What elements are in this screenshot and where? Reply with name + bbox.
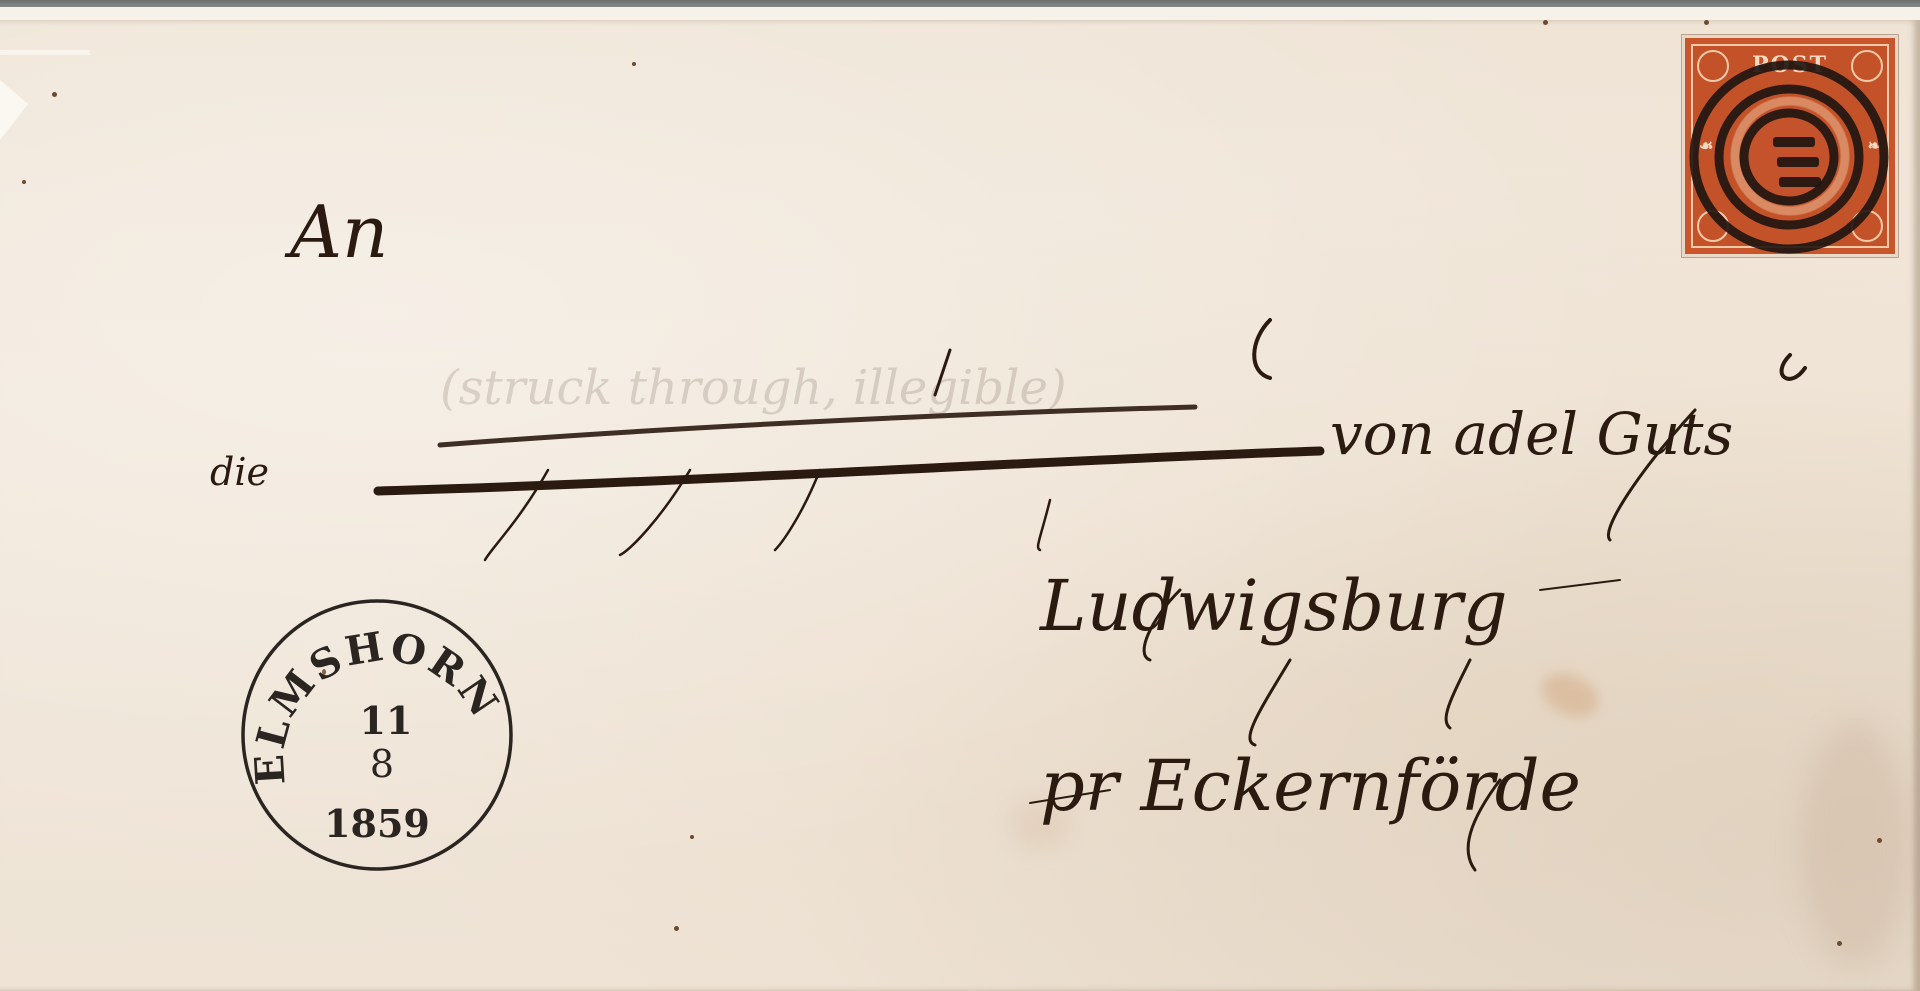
speck (1837, 941, 1842, 946)
elmshorn-postmark: ELMSHORN 11 8 1859 (236, 594, 518, 876)
postmark-day: 11 (360, 698, 413, 743)
postage-stamp: POST ☙ ❧ (1682, 35, 1898, 257)
speck (632, 62, 636, 66)
postmark-year: 1859 (324, 801, 430, 846)
speck (1704, 20, 1709, 25)
address-salutation: An (290, 190, 388, 274)
paper-corner-highlight (0, 80, 28, 140)
stamp-design: POST ☙ ❧ (1691, 44, 1889, 248)
address-line-5: pr Eckernförde (1040, 745, 1581, 827)
speck (1877, 838, 1882, 843)
struck-text: (struck through, illegible) (440, 360, 1067, 416)
address-line-4: Ludwigsburg (1040, 565, 1508, 647)
speck (52, 92, 57, 97)
speck (690, 835, 694, 839)
stain (1800, 720, 1910, 970)
address-struck-line-2-prefix: die (210, 450, 269, 494)
postmark-month: 8 (370, 742, 394, 786)
stamp-corner-ornament (1851, 210, 1883, 242)
stamp-side-text: ❧ (1868, 136, 1881, 155)
address-line-3: von adel Guts (1330, 400, 1733, 468)
speck (22, 180, 26, 184)
stain (1534, 664, 1605, 726)
stamp-corner-ornament (1697, 210, 1729, 242)
address-struck-line-1: (struck through, illegible) (440, 360, 1067, 416)
torn-edge (0, 50, 90, 55)
stamp-corner-ornament (1851, 50, 1883, 82)
stamp-corner-ornament (1697, 50, 1729, 82)
speck (674, 926, 679, 931)
speck (1543, 20, 1548, 25)
stamp-side-text: ☙ (1699, 136, 1713, 155)
